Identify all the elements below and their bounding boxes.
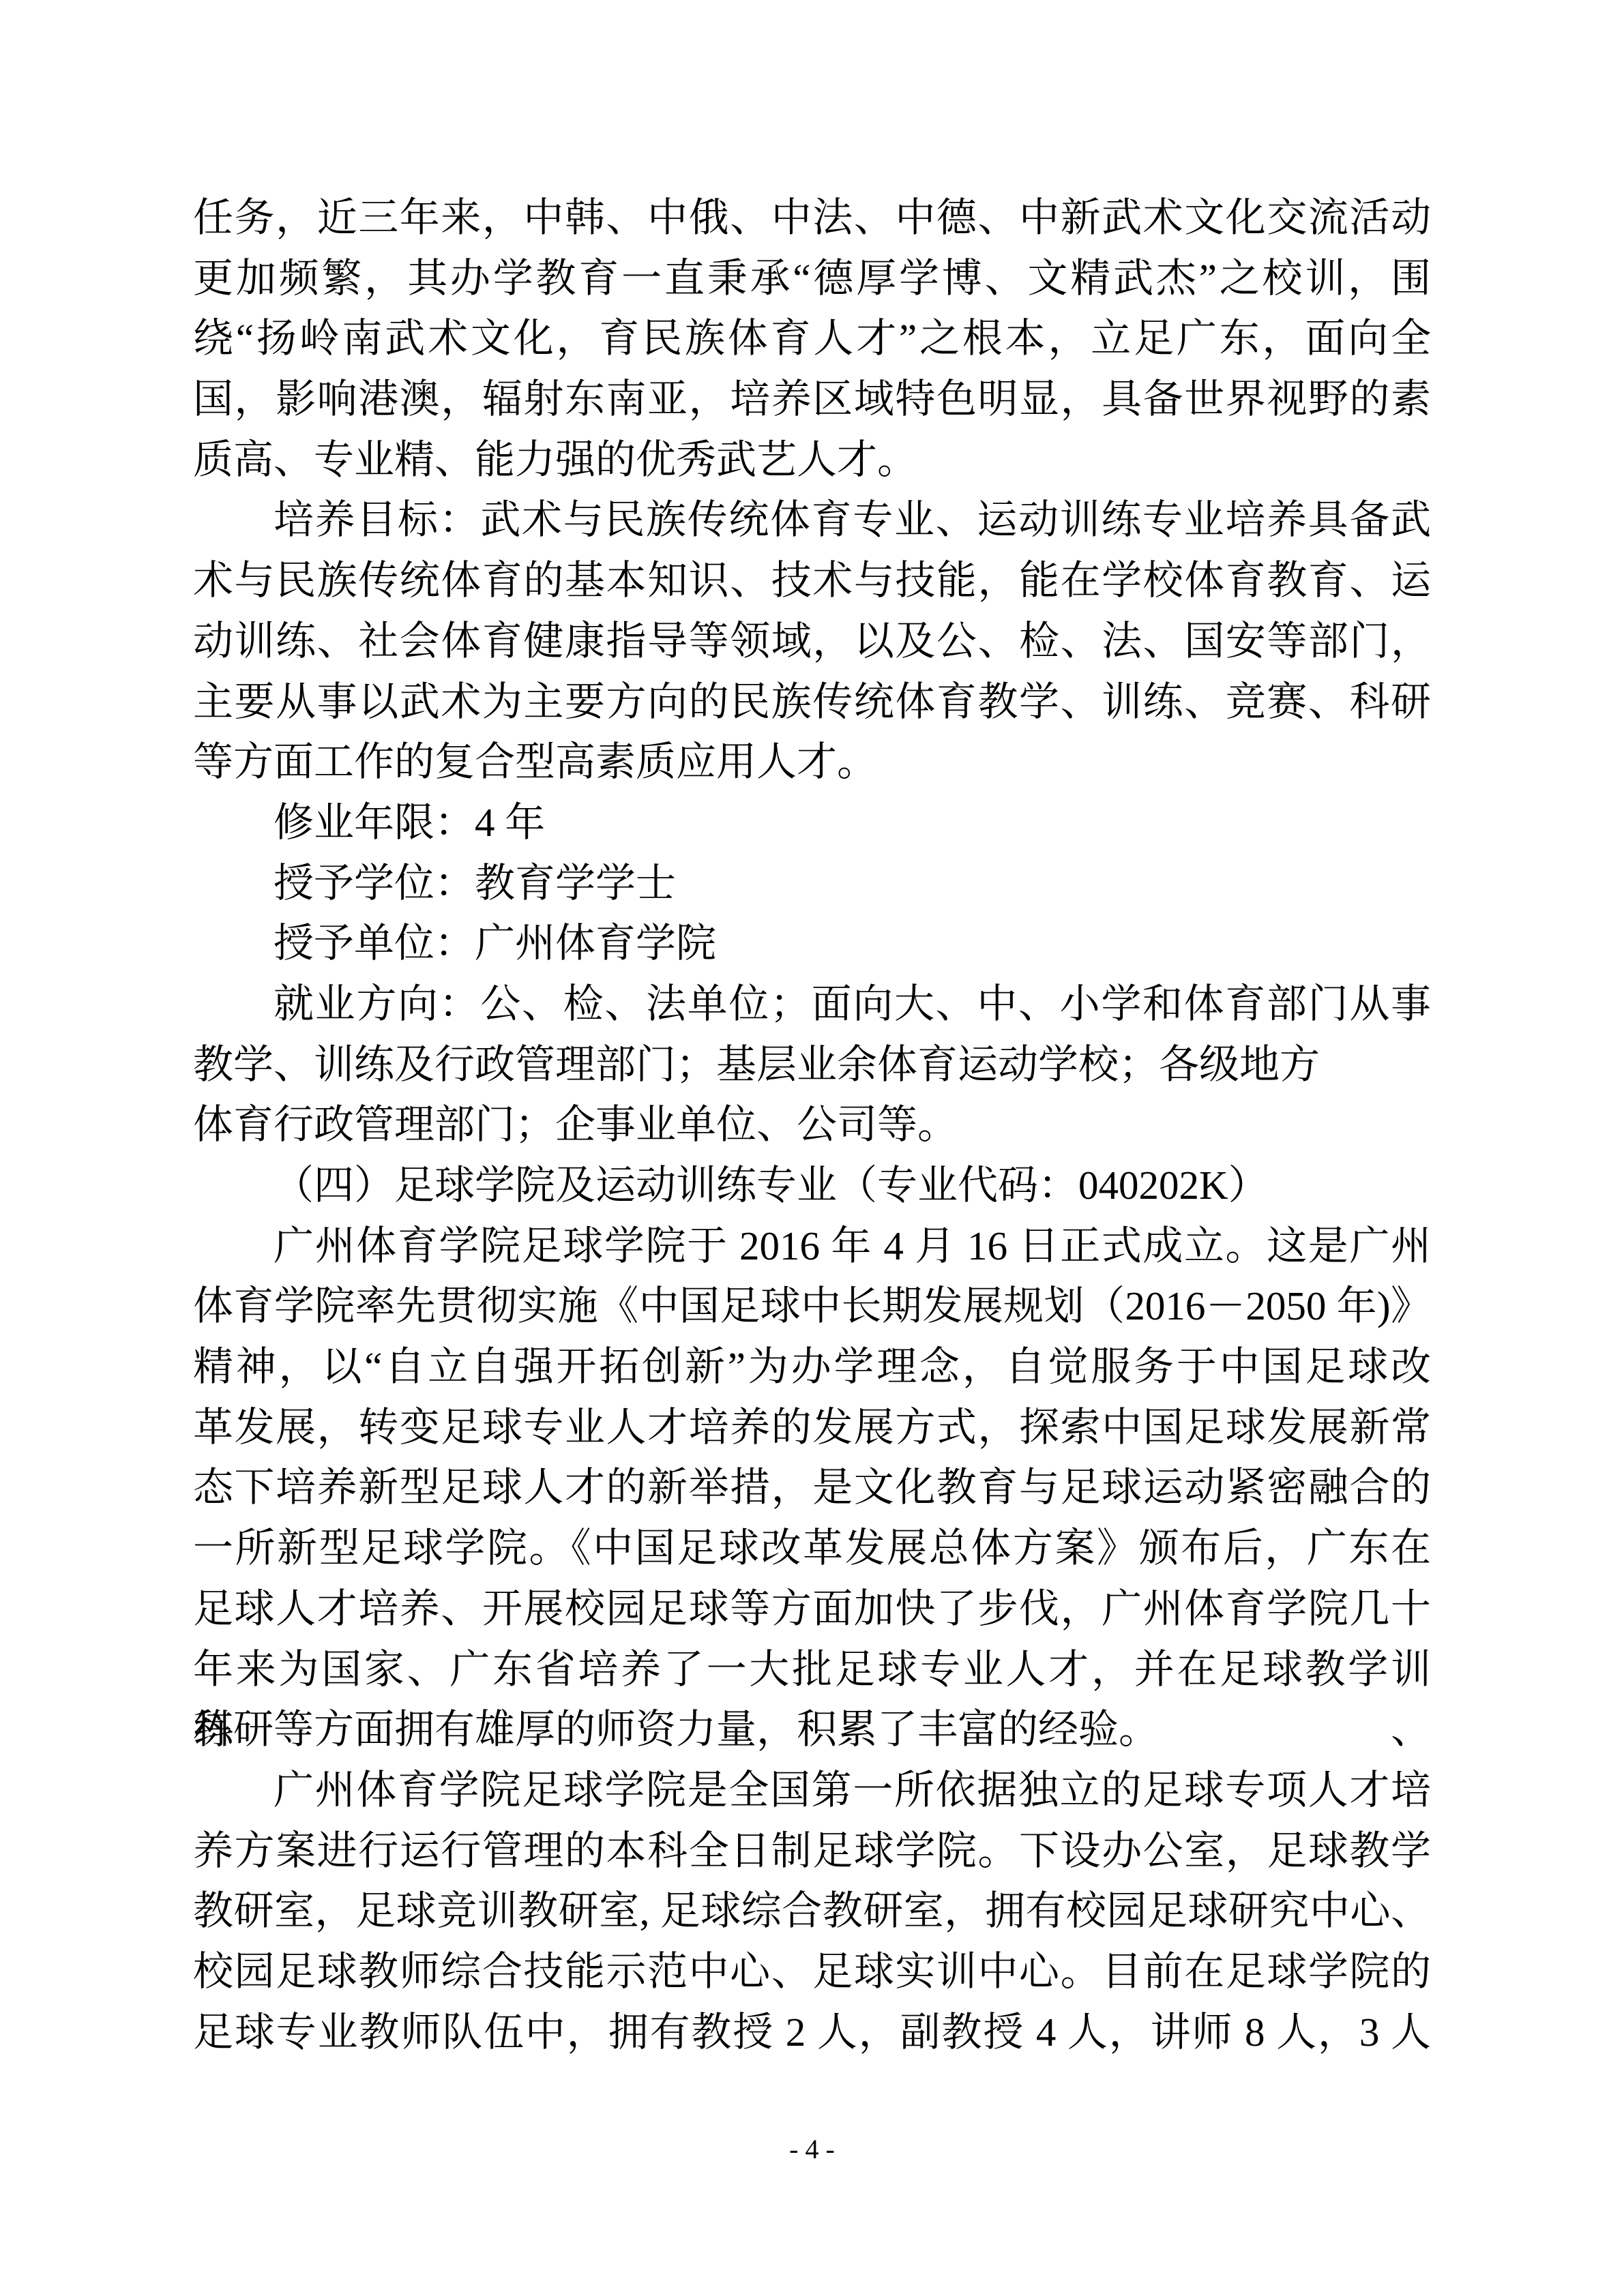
text-line: 态下培养新型足球人才的新举措，是文化教育与足球运动紧密融合的 — [193, 1457, 1431, 1518]
text-line: 等方面工作的复合型高素质应用人才。 — [193, 732, 1431, 792]
text-line: 教研室，足球竞训教研室, 足球综合教研室，拥有校园足球研究中心、 — [193, 1881, 1431, 1941]
page-number: - 4 - — [0, 2129, 1624, 2170]
text-line: 校园足球教师综合技能示范中心、足球实训中心。目前在足球学院的 — [193, 1941, 1431, 2002]
text-line: 体育学院率先贯彻实施《中国足球中长期发展规划（2016－2050 年)》 — [193, 1276, 1431, 1337]
text-line: 养方案进行运行管理的本科全日制足球学院。下设办公室，足球教学 — [193, 1821, 1431, 1881]
text-line: 质高、专业精、能力强的优秀武艺人才。 — [193, 430, 1431, 490]
text-line: 授予单位：广州体育学院 — [193, 913, 1431, 974]
text-line: 足球专业教师队伍中，拥有教授 2 人，副教授 4 人，讲师 8 人，3 人 — [193, 2002, 1431, 2063]
text-line: 就业方向：公、检、法单位；面向大、中、小学和体育部门从事 — [193, 974, 1431, 1034]
text-line: 动训练、社会体育健康指导等领域，以及公、检、法、国安等部门， — [193, 611, 1431, 672]
text-line: （四）足球学院及运动训练专业（专业代码：040202K） — [193, 1155, 1431, 1216]
text-line: 国，影响港澳，辐射东南亚，培养区域特色明显，具备世界视野的素 — [193, 369, 1431, 430]
text-line: 革发展，转变足球专业人才培养的发展方式，探索中国足球发展新常 — [193, 1397, 1431, 1458]
text-line: 教学、训练及行政管理部门；基层业余体育运动学校；各级地方 — [193, 1034, 1431, 1095]
text-line: 术与民族传统体育的基本知识、技术与技能，能在学校体育教育、运 — [193, 550, 1431, 611]
text-line: 广州体育学院足球学院是全国第一所依据独立的足球专项人才培 — [193, 1760, 1431, 1821]
text-line: 绕“扬岭南武术文化，育民族体育人才”之根本，立足广东，面向全 — [193, 308, 1431, 369]
text-line: 体育行政管理部门；企事业单位、公司等。 — [193, 1094, 1431, 1155]
text-line: 广州体育学院足球学院于 2016 年 4 月 16 日正式成立。这是广州 — [193, 1216, 1431, 1277]
text-line: 年来为国家、广东省培养了一大批足球专业人才，并在足球教学训练、 — [193, 1639, 1431, 1700]
text-line: 修业年限：4 年 — [193, 792, 1431, 853]
text-line: 主要从事以武术为主要方向的民族传统体育教学、训练、竞赛、科研 — [193, 672, 1431, 732]
text-line: 足球人才培养、开展校园足球等方面加快了步伐，广州体育学院几十 — [193, 1579, 1431, 1639]
document-page: 任务，近三年来，中韩、中俄、中法、中德、中新武术文化交流活动更加频繁，其办学教育… — [0, 0, 1624, 2296]
text-line: 更加频繁，其办学教育一直秉承“德厚学博、文精武杰”之校训，围 — [193, 248, 1431, 309]
text-line: 任务，近三年来，中韩、中俄、中法、中德、中新武术文化交流活动 — [193, 188, 1431, 248]
text-line: 精神，以“自立自强开拓创新”为办学理念，自觉服务于中国足球改 — [193, 1337, 1431, 1397]
document-body: 任务，近三年来，中韩、中俄、中法、中德、中新武术文化交流活动更加频繁，其办学教育… — [193, 188, 1431, 2062]
text-line: 培养目标：武术与民族传统体育专业、运动训练专业培养具备武 — [193, 490, 1431, 550]
text-line: 一所新型足球学院。《中国足球改革发展总体方案》颁布后，广东在 — [193, 1518, 1431, 1579]
text-line: 授予学位：教育学学士 — [193, 853, 1431, 914]
